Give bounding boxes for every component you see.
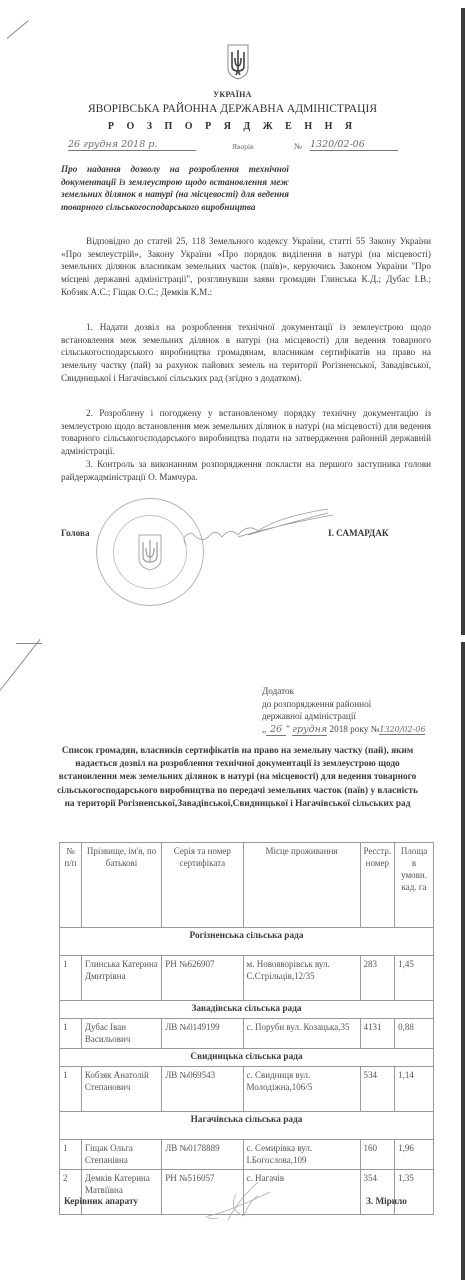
cell-area: 1,35 bbox=[395, 1170, 434, 1215]
cell-number: 1 bbox=[60, 956, 82, 1001]
group-nahachiv: Нагачівська сільська рада bbox=[60, 1112, 434, 1140]
annex-line-4: „26" грудня 2018 року №1320/02-06 bbox=[262, 723, 425, 737]
cell-certificate: РН №626907 bbox=[162, 956, 243, 1001]
cell-certificate: ЛВ №0178889 bbox=[162, 1140, 243, 1170]
cell-address: с. Поруби вул. Козацька,35 bbox=[243, 1019, 360, 1049]
annex-day: 26 bbox=[266, 724, 286, 736]
cell-registry: 354 bbox=[360, 1170, 395, 1215]
group-row: Свидницька сільська рада bbox=[60, 1049, 434, 1067]
cell-address: с. Свидниця вул. Молодіжна,106/5 bbox=[243, 1067, 360, 1112]
country-heading: УКРАЇНА bbox=[0, 90, 465, 99]
stamp-trident-icon bbox=[137, 533, 163, 571]
table-row: 1 Кобзяк Анатолій Степанович ЛВ №069543 … bbox=[60, 1067, 434, 1112]
col-header-area: Площа в умовн. кад. га bbox=[395, 843, 434, 928]
order-item-1: 1. Надати дозвіл на розроблення технічно… bbox=[61, 321, 431, 385]
cell-name: Кобзяк Анатолій Степанович bbox=[81, 1067, 161, 1112]
order-date: 26 грудня 2018 р. bbox=[68, 139, 196, 151]
citizens-table: № п/п Прізвище, ім'я, по батькові Серія … bbox=[59, 842, 434, 1215]
order-subject: Про надання дозволу на розроблення техні… bbox=[61, 163, 289, 214]
annex-year: 2018 року № bbox=[330, 724, 380, 734]
annex-header: Додаток до розпорядження районної держав… bbox=[262, 685, 425, 736]
scan-edge-bottom bbox=[461, 642, 465, 1280]
cell-area: 0,88 bbox=[395, 1019, 434, 1049]
cell-address: с. Семирівка вул. І.Богослова,109 bbox=[243, 1140, 360, 1170]
cell-registry: 283 bbox=[360, 956, 395, 1001]
group-rogizne: Рогізненська сільська рада bbox=[60, 928, 434, 956]
table-row: 1 Гіщак Ольга Степанівна ЛВ №0178889 с. … bbox=[60, 1140, 434, 1170]
cell-registry: 4131 bbox=[360, 1019, 395, 1049]
table-header-row: № п/п Прізвище, ім'я, по батькові Серія … bbox=[60, 843, 434, 928]
head-signature bbox=[178, 505, 338, 555]
cell-number: 1 bbox=[60, 1019, 82, 1049]
group-svydnytsia: Свидницька сільська рада bbox=[60, 1049, 434, 1067]
cell-area: 1,96 bbox=[395, 1140, 434, 1170]
document-type-heading: Р О З П О Р Я Д Ж Е Н Н Я bbox=[0, 121, 465, 132]
order-number: 1320/02-06 bbox=[310, 139, 398, 151]
order-place: Яворів bbox=[232, 142, 254, 151]
group-row: Нагачівська сільська рада bbox=[60, 1112, 434, 1140]
order-preamble: Відповідно до статей 25, 118 Земельного … bbox=[61, 235, 431, 299]
cell-number: 1 bbox=[60, 1067, 82, 1112]
col-header-number: № п/п bbox=[60, 843, 82, 928]
cell-address: м. Новояворівськ вул. С.Стрільців,12/35 bbox=[243, 956, 360, 1001]
cell-name: Гіщак Ольга Степанівна bbox=[81, 1140, 161, 1170]
corner-mark bbox=[7, 20, 29, 39]
corner-mark-page2-top bbox=[16, 643, 42, 644]
chief-of-staff-name: З. Мірило bbox=[366, 1196, 407, 1206]
table-row: 1 Глинська Катерина Дмитрівна РН №626907… bbox=[60, 956, 434, 1001]
cell-registry: 160 bbox=[360, 1140, 395, 1170]
cell-area: 1,45 bbox=[395, 956, 434, 1001]
annex-line-3: державної адміністрації bbox=[262, 710, 425, 723]
group-row: Рогізненська сільська рада bbox=[60, 928, 434, 956]
annex-month: грудня bbox=[292, 724, 327, 736]
corner-mark-page2 bbox=[0, 639, 40, 691]
annex-line-2: до розпорядження районної bbox=[262, 698, 425, 711]
order-item-3: 3. Контроль за виконанням розпорядження … bbox=[61, 458, 431, 483]
col-header-registry: Реєстр. номер bbox=[360, 843, 395, 928]
cell-number: 1 bbox=[60, 1140, 82, 1170]
list-title: Список громадян, власників сертифікатів … bbox=[55, 745, 420, 811]
cell-area: 1,14 bbox=[395, 1067, 434, 1112]
list-title-text: Список громадян, власників сертифікатів … bbox=[57, 746, 418, 809]
chief-of-staff-signature bbox=[198, 1180, 283, 1230]
col-header-certificate: Серія та номер сертифіката bbox=[162, 843, 243, 928]
order-number-prefix: № bbox=[294, 141, 302, 151]
authority-heading: ЯВОРІВСЬКА РАЙОННА ДЕРЖАВНА АДМІНІСТРАЦІ… bbox=[0, 103, 465, 115]
cell-certificate: ЛВ №0149199 bbox=[162, 1019, 243, 1049]
cell-registry: 534 bbox=[360, 1067, 395, 1112]
coat-of-arms-icon bbox=[227, 44, 249, 80]
group-row: Завадівська сільська рада bbox=[60, 1001, 434, 1019]
chief-of-staff-title: Керівник апарату bbox=[64, 1196, 138, 1206]
group-zavadiv: Завадівська сільська рада bbox=[60, 1001, 434, 1019]
head-title: Голова bbox=[61, 528, 90, 538]
cell-name: Глинська Катерина Дмитрівна bbox=[81, 956, 161, 1001]
cell-name: Дубас Іван Васильович bbox=[81, 1019, 161, 1049]
cell-name: Демків Катерина Матвіївна bbox=[81, 1170, 161, 1215]
cell-number: 2 bbox=[60, 1170, 82, 1215]
head-name: І. САМАРДАК bbox=[328, 528, 389, 538]
col-header-address: Місце проживання bbox=[243, 843, 360, 928]
cell-certificate: ЛВ №069543 bbox=[162, 1067, 243, 1112]
col-header-name: Прізвище, ім'я, по батькові bbox=[81, 843, 161, 928]
order-item-2: 2. Розроблену і погоджену у встановленом… bbox=[61, 407, 431, 458]
annex-number: 1320/02-06 bbox=[379, 725, 425, 735]
table-row: 1 Дубас Іван Васильович ЛВ №0149199 с. П… bbox=[60, 1019, 434, 1049]
annex-line-1: Додаток bbox=[262, 685, 425, 698]
